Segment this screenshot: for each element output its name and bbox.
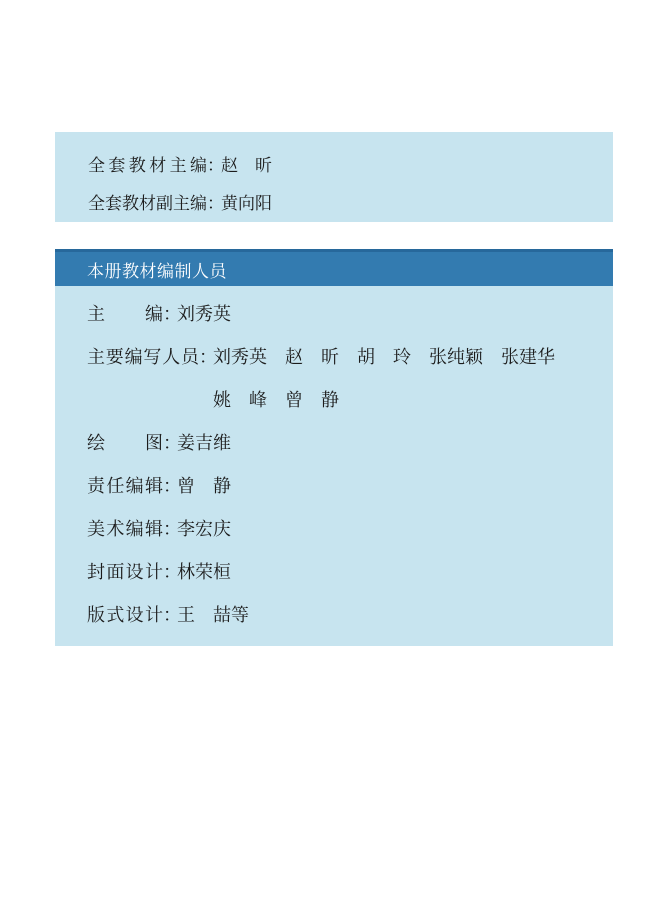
credit-value: 王 喆等 xyxy=(177,601,249,627)
credit-value: 姜吉维 xyxy=(177,429,231,455)
credit-label: 责任编辑 xyxy=(87,472,163,498)
colophon-page: 全套教材主编：赵 昕 全套教材副主编：黄向阳 本册教材编制人员 主编：刘秀英 主… xyxy=(0,0,650,913)
credit-label: 全套教材主编 xyxy=(88,151,207,176)
credit-row: 绘图：姜吉维 xyxy=(87,420,603,463)
credit-row: 主编：刘秀英 xyxy=(87,291,603,334)
credit-row: 版式设计：王 喆等 xyxy=(87,592,603,635)
colon: ： xyxy=(163,515,177,541)
credit-row: 主要编写人员：刘秀英 赵 昕 胡 玲 张纯颖 张建华 xyxy=(87,334,603,377)
credit-value: 林荣桓 xyxy=(177,558,231,584)
credit-label: 版式设计 xyxy=(87,601,163,627)
section-title: 本册教材编制人员 xyxy=(87,257,227,282)
credit-row-continuation: 姚 峰 曾 静 xyxy=(87,377,603,420)
colon: ： xyxy=(207,151,221,176)
credit-label: 主要编写人员 xyxy=(87,343,199,369)
credit-row: 美术编辑：李宏庆 xyxy=(87,506,603,549)
colon: ： xyxy=(163,300,177,326)
credit-label: 全套教材副主编 xyxy=(88,189,207,214)
colon: ： xyxy=(207,189,221,214)
credit-value: 李宏庆 xyxy=(177,515,231,541)
credit-row: 责任编辑：曾 静 xyxy=(87,463,603,506)
credit-row: 封面设计：林荣桓 xyxy=(87,549,603,592)
credit-value: 黄向阳 xyxy=(221,189,272,214)
series-credits-panel: 全套教材主编：赵 昕 全套教材副主编：黄向阳 xyxy=(55,132,613,222)
credit-label: 美术编辑 xyxy=(87,515,163,541)
credit-row: 全套教材主编：赵 昕 xyxy=(88,144,603,182)
credit-value: 刘秀英 赵 昕 胡 玲 张纯颖 张建华 xyxy=(213,343,555,369)
credit-value: 曾 静 xyxy=(177,472,231,498)
colon: ： xyxy=(163,601,177,627)
colon: ： xyxy=(199,343,213,369)
credit-value: 姚 峰 曾 静 xyxy=(213,386,339,412)
section-header-bar: 本册教材编制人员 xyxy=(55,249,613,286)
credit-label: 绘图 xyxy=(87,429,163,455)
colon: ： xyxy=(163,429,177,455)
colon: ： xyxy=(163,558,177,584)
volume-credits-panel: 主编：刘秀英 主要编写人员：刘秀英 赵 昕 胡 玲 张纯颖 张建华 姚 峰 曾 … xyxy=(55,286,613,646)
credit-label: 封面设计 xyxy=(87,558,163,584)
credit-row: 全套教材副主编：黄向阳 xyxy=(88,182,603,220)
colon: ： xyxy=(163,472,177,498)
credit-value: 刘秀英 xyxy=(177,300,231,326)
credit-label: 主编 xyxy=(87,300,163,326)
credit-value: 赵 昕 xyxy=(221,151,272,176)
